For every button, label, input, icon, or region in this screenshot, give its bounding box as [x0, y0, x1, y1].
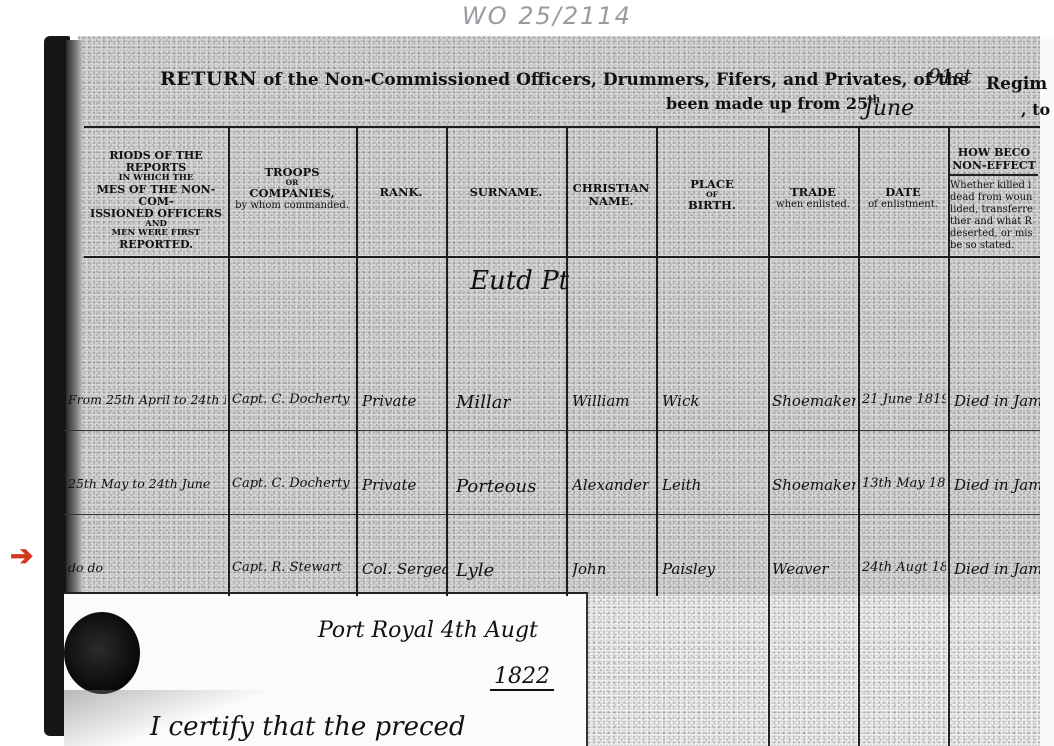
header-line: Whether killed i [950, 180, 1038, 192]
cell-rank: Private [362, 392, 416, 410]
cell-rank: Private [362, 476, 416, 494]
header-line: RIODS OF THE REPORTS [86, 150, 226, 174]
column-header-place-of-birth: PLACEOFBIRTH. [658, 178, 766, 212]
column-rule-lower [948, 596, 950, 746]
arrow-marker-icon: ➔ [10, 542, 33, 570]
column-rule-lower [858, 596, 860, 746]
header-line: be so stated. [950, 240, 1038, 252]
header-line: CHRISTIAN [568, 182, 654, 195]
header-line: COMPANIES, [230, 187, 354, 200]
header-line: MES OF THE NON-COM- [86, 184, 226, 208]
header-line: TRADE [770, 186, 856, 199]
archive-reference: WO 25/2114 [462, 2, 632, 30]
header-line: DATE [860, 186, 946, 199]
certification-text: I certify that the preced [150, 712, 466, 742]
column-header-rank: RANK. [358, 186, 444, 199]
header-line: ISSIONED OFFICERS [86, 208, 226, 220]
cell-christian-name: John [572, 560, 606, 578]
column-header-date: DATEof enlistment. [860, 186, 946, 210]
column-header-how-became: HOW BECONON-EFFECTWhether killed idead f… [950, 146, 1038, 252]
cell-surname: Porteous [456, 476, 536, 497]
cell-surname: Lyle [456, 560, 494, 581]
column-header-trade: TRADEwhen enlisted. [770, 186, 856, 210]
header-line: BIRTH. [658, 199, 766, 212]
column-header-periods: RIODS OF THE REPORTSIN WHICH THEMES OF T… [86, 150, 226, 251]
header-line: lided, transferre [950, 204, 1038, 216]
column-header-surname: SURNAME. [448, 186, 564, 199]
cell-rank: Col. Sergeant [362, 560, 446, 578]
document-title: RETURN of the Non-Commissioned Officers,… [160, 68, 969, 90]
cell-place-of-birth: Leith [662, 476, 701, 494]
title-lead: RETURN [160, 68, 257, 90]
cell-trade: Weaver [772, 560, 829, 578]
cell-date: 21 June 1819 [862, 392, 946, 407]
cell-company: Capt. R. Stewart [232, 560, 342, 575]
wax-seal [64, 612, 140, 694]
cell-period: 25th May to 24th June [68, 476, 210, 491]
header-line: HOW BECO [950, 146, 1038, 159]
cell-company: Capt. C. Docherty [232, 476, 350, 491]
header-line: dead from woun [950, 192, 1038, 204]
cell-period: do do [68, 560, 103, 575]
column-rule-lower [768, 596, 770, 746]
to-label: , to [1021, 100, 1050, 119]
cell-how: Died in Jam [954, 560, 1040, 578]
header-line: ther and what R [950, 216, 1038, 228]
header-line: when enlisted. [770, 199, 856, 210]
row-rule [64, 514, 1040, 515]
regiment-number: 91st [928, 64, 972, 88]
cell-date: 24th Augt 1805 [862, 560, 946, 575]
title-rest: of the Non-Commissioned Officers, Drumme… [263, 70, 969, 90]
cell-date: 13th May 1819 [862, 476, 946, 491]
column-header-troops: TROOPSORCOMPANIES,by whom commanded. [230, 166, 354, 211]
cell-period: From 25th April to 24th May [68, 392, 226, 407]
cell-company: Capt. C. Docherty [232, 392, 350, 407]
subtitle-text: been made up from 25 [666, 94, 868, 113]
header-line: REPORTED. [86, 239, 226, 251]
cell-how: Died in Jam [954, 392, 1040, 410]
header-line: NON-EFFECT [950, 159, 1038, 176]
header-line: by whom commanded. [230, 200, 354, 211]
header-line: NAME. [568, 195, 654, 208]
cell-christian-name: Alexander [572, 476, 649, 494]
cell-place-of-birth: Wick [662, 392, 699, 410]
page-edge [1040, 36, 1054, 746]
header-line: deserted, or mis [950, 228, 1038, 240]
month-handwritten: June [864, 96, 914, 121]
cell-trade: Shoemaker [772, 392, 856, 410]
header-line: RANK. [358, 186, 444, 199]
closing-place-date: Port Royal 4th Augt [318, 618, 538, 643]
header-line: TROOPS [230, 166, 354, 179]
cell-surname: Millar [456, 392, 511, 413]
header-line: SURNAME. [448, 186, 564, 199]
header-line: of enlistment. [860, 199, 946, 210]
closing-year: 1822 [490, 664, 554, 691]
row-rule [64, 430, 1040, 431]
cell-trade: Shoemaker [772, 476, 856, 494]
section-label: Eutd Pt [470, 266, 569, 296]
column-header-christian-name: CHRISTIANNAME. [568, 182, 654, 207]
regiment-label: Regim [986, 74, 1047, 94]
header-line: PLACE [658, 178, 766, 191]
cell-place-of-birth: Paisley [662, 560, 715, 578]
document-subtitle: been made up from 25th [666, 94, 880, 113]
cell-how: Died in Jam [954, 476, 1040, 494]
cell-christian-name: William [572, 392, 630, 410]
